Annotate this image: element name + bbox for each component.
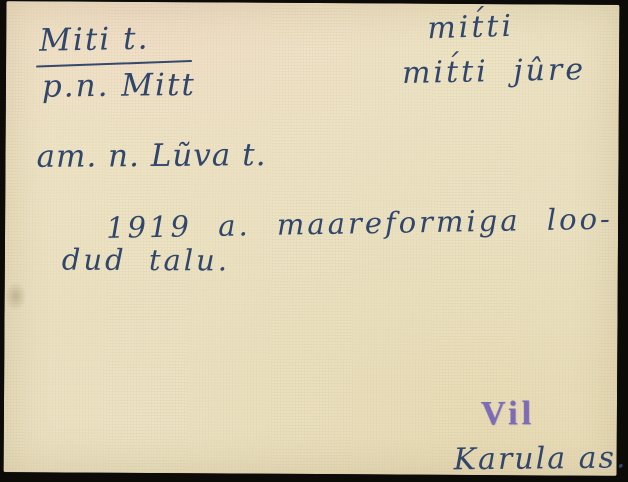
- farm-name: Miti t.: [39, 21, 150, 59]
- pronunciation-note-1: mit́ti: [427, 9, 515, 46]
- history-note-line-2: dud talu.: [62, 242, 230, 277]
- settlement-name: Karula as.: [453, 440, 627, 477]
- paper-smudge: [5, 281, 27, 311]
- former-name: p.n. Mitt: [42, 67, 196, 105]
- pronunciation-note-2: mit́ti jûre: [402, 52, 587, 91]
- official-name: am. n. Lũva t.: [36, 137, 266, 175]
- archive-card: Miti t. p.n. Mitt mit́ti mit́ti jûre am.…: [4, 1, 620, 476]
- scanned-archive-card-page: { "card": { "name_line": "Miti t.", "alt…: [0, 0, 628, 482]
- history-note-line-1: 1919 a. maareformiga loo-: [106, 202, 613, 245]
- archive-stamp: Vil: [481, 395, 535, 433]
